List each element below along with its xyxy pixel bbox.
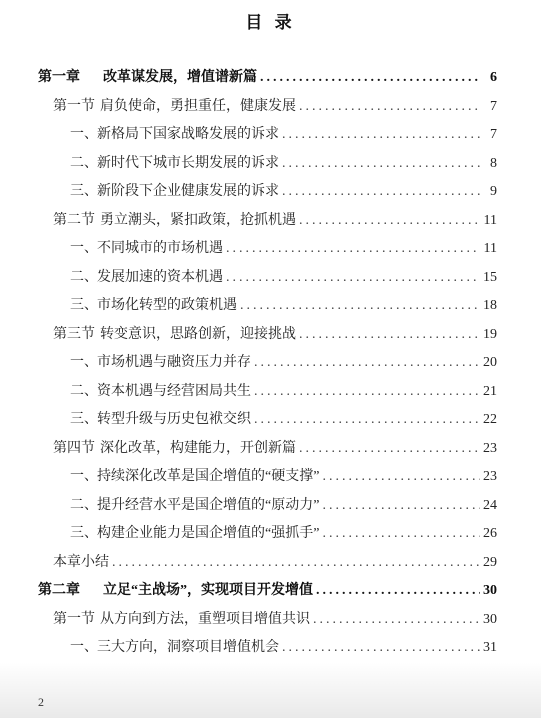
toc-entry-page: 18 — [482, 292, 497, 321]
toc-entry-page: 23 — [482, 463, 497, 492]
toc-entry-title: 本章小结 — [53, 549, 109, 578]
toc-leader-dots: ........................................… — [322, 463, 480, 492]
toc-entry-title: 提升经营水平是国企增值的“原动力” — [97, 492, 319, 521]
toc-entry-page: 29 — [482, 549, 497, 578]
toc-entry: 三、市场化转型的政策机遇............................… — [0, 292, 541, 321]
toc-entry-title: 转变意识，思路创新，迎接挑战 — [100, 321, 296, 350]
toc-leader-dots: ........................................… — [254, 406, 480, 435]
toc-entry-title: 改革谋发展，增值谱新篇 — [103, 64, 257, 93]
toc-entry: 三、构建企业能力是国企增值的“强抓手”.....................… — [0, 520, 541, 549]
toc-entry-label: 第三节 — [53, 321, 100, 350]
toc-leader-dots: ........................................… — [313, 606, 480, 635]
toc-leader-dots: ........................................… — [112, 549, 480, 578]
toc-entry: 一、新格局下国家战略发展的诉求.........................… — [0, 121, 541, 150]
toc-entry: 第一章改革谋发展，增值谱新篇..........................… — [0, 64, 541, 93]
toc-entry-page: 6 — [482, 64, 497, 93]
toc-leader-dots: ........................................… — [299, 93, 480, 122]
toc-entry-page: 15 — [482, 264, 497, 293]
toc-leader-dots: ........................................… — [254, 349, 480, 378]
toc-entry-page: 9 — [482, 178, 497, 207]
toc-entry: 一、市场机遇与融资压力并存...........................… — [0, 349, 541, 378]
toc-entry-title: 不同城市的市场机遇 — [97, 235, 223, 264]
toc-entry-title: 三大方向，洞察项目增值机会 — [97, 634, 279, 663]
toc-entry-title: 持续深化改革是国企增值的“硬支撑” — [97, 463, 319, 492]
toc-entry-label: 三、 — [70, 292, 97, 321]
toc-entry-page: 11 — [482, 235, 497, 264]
toc-entry-page: 30 — [482, 606, 497, 635]
toc-entry-label: 一、 — [70, 349, 97, 378]
toc-entry: 第四节深化改革，构建能力，开创新篇.......................… — [0, 435, 541, 464]
toc-entry-label: 一、 — [70, 235, 97, 264]
toc-entry-label: 第一节 — [53, 606, 100, 635]
toc-entry-label: 第二章 — [38, 577, 103, 606]
toc-entry: 第一节从方向到方法，重塑项目增值共识......................… — [0, 606, 541, 635]
toc-leader-dots: ........................................… — [322, 520, 480, 549]
page-number: 2 — [38, 695, 44, 710]
toc-entry-label: 二、 — [70, 150, 97, 179]
toc-entry-page: 11 — [482, 207, 497, 236]
toc-entry-title: 新阶段下企业健康发展的诉求 — [97, 178, 279, 207]
toc-entry-label: 三、 — [70, 520, 97, 549]
toc-entry: 二、发展加速的资本机遇.............................… — [0, 264, 541, 293]
toc-entry-title: 深化改革，构建能力，开创新篇 — [100, 435, 296, 464]
toc-entry-label: 一、 — [70, 634, 97, 663]
toc-entry-title: 市场机遇与融资压力并存 — [97, 349, 251, 378]
toc-entry-page: 7 — [482, 93, 497, 122]
toc-leader-dots: ........................................… — [299, 435, 480, 464]
toc-entry-page: 31 — [482, 634, 497, 663]
toc-entry-title: 资本机遇与经营困局共生 — [97, 378, 251, 407]
toc-entry: 二、提升经营水平是国企增值的“原动力”.....................… — [0, 492, 541, 521]
toc-list: 第一章改革谋发展，增值谱新篇..........................… — [0, 64, 541, 663]
toc-leader-dots: ........................................… — [316, 577, 480, 606]
toc-entry: 第二节勇立潮头，紧扣政策，抢抓机遇.......................… — [0, 207, 541, 236]
toc-entry-title: 发展加速的资本机遇 — [97, 264, 223, 293]
toc-leader-dots: ........................................… — [282, 178, 480, 207]
toc-leader-dots: ........................................… — [282, 634, 480, 663]
toc-entry: 三、转型升级与历史包袱交织...........................… — [0, 406, 541, 435]
toc-entry-label: 一、 — [70, 121, 97, 150]
toc-leader-dots: ........................................… — [240, 292, 480, 321]
toc-entry-page: 21 — [482, 378, 497, 407]
toc-entry-page: 26 — [482, 520, 497, 549]
toc-entry-page: 8 — [482, 150, 497, 179]
toc-entry: 本章小结....................................… — [0, 549, 541, 578]
toc-entry: 第三节转变意识，思路创新，迎接挑战.......................… — [0, 321, 541, 350]
toc-entry-label: 三、 — [70, 406, 97, 435]
toc-entry-label: 第一章 — [38, 64, 103, 93]
toc-entry: 二、新时代下城市长期发展的诉求.........................… — [0, 150, 541, 179]
toc-entry-page: 20 — [482, 349, 497, 378]
toc-entry: 第一节肩负使命，勇担重任，健康发展.......................… — [0, 93, 541, 122]
toc-entry: 一、持续深化改革是国企增值的“硬支撑”.....................… — [0, 463, 541, 492]
toc-leader-dots: ........................................… — [260, 64, 480, 93]
toc-entry: 二、资本机遇与经营困局共生...........................… — [0, 378, 541, 407]
toc-leader-dots: ........................................… — [299, 321, 480, 350]
toc-leader-dots: ........................................… — [282, 121, 480, 150]
toc-entry-title: 构建企业能力是国企增值的“强抓手” — [97, 520, 319, 549]
toc-entry-title: 新格局下国家战略发展的诉求 — [97, 121, 279, 150]
toc-entry: 三、新阶段下企业健康发展的诉求.........................… — [0, 178, 541, 207]
toc-entry-page: 23 — [482, 435, 497, 464]
toc-leader-dots: ........................................… — [254, 378, 480, 407]
toc-entry: 一、不同城市的市场机遇.............................… — [0, 235, 541, 264]
toc-entry-title: 转型升级与历史包袱交织 — [97, 406, 251, 435]
toc-leader-dots: ........................................… — [226, 235, 480, 264]
toc-entry-label: 二、 — [70, 264, 97, 293]
toc-leader-dots: ........................................… — [299, 207, 480, 236]
toc-entry-title: 肩负使命，勇担重任，健康发展 — [100, 93, 296, 122]
toc-entry-label: 二、 — [70, 378, 97, 407]
page-title: 目 录 — [0, 8, 541, 33]
toc-entry-label: 第一节 — [53, 93, 100, 122]
toc-entry: 一、三大方向，洞察项目增值机会.........................… — [0, 634, 541, 663]
toc-entry-label: 第二节 — [53, 207, 100, 236]
page-bottom-shadow — [0, 662, 541, 718]
toc-entry-page: 7 — [482, 121, 497, 150]
toc-entry-page: 30 — [482, 577, 497, 606]
toc-entry: 第二章立足“主战场”，实现项目开发增值.....................… — [0, 577, 541, 606]
toc-entry-title: 从方向到方法，重塑项目增值共识 — [100, 606, 310, 635]
toc-leader-dots: ........................................… — [226, 264, 480, 293]
toc-entry-label: 二、 — [70, 492, 97, 521]
toc-entry-page: 22 — [482, 406, 497, 435]
toc-entry-label: 三、 — [70, 178, 97, 207]
toc-entry-title: 新时代下城市长期发展的诉求 — [97, 150, 279, 179]
toc-entry-title: 勇立潮头，紧扣政策，抢抓机遇 — [100, 207, 296, 236]
toc-entry-label: 一、 — [70, 463, 97, 492]
toc-entry-page: 24 — [482, 492, 497, 521]
toc-leader-dots: ........................................… — [322, 492, 480, 521]
toc-leader-dots: ........................................… — [282, 150, 480, 179]
toc-entry-page: 19 — [482, 321, 497, 350]
toc-entry-title: 立足“主战场”，实现项目开发增值 — [103, 577, 313, 606]
toc-entry-title: 市场化转型的政策机遇 — [97, 292, 237, 321]
toc-entry-label: 第四节 — [53, 435, 100, 464]
